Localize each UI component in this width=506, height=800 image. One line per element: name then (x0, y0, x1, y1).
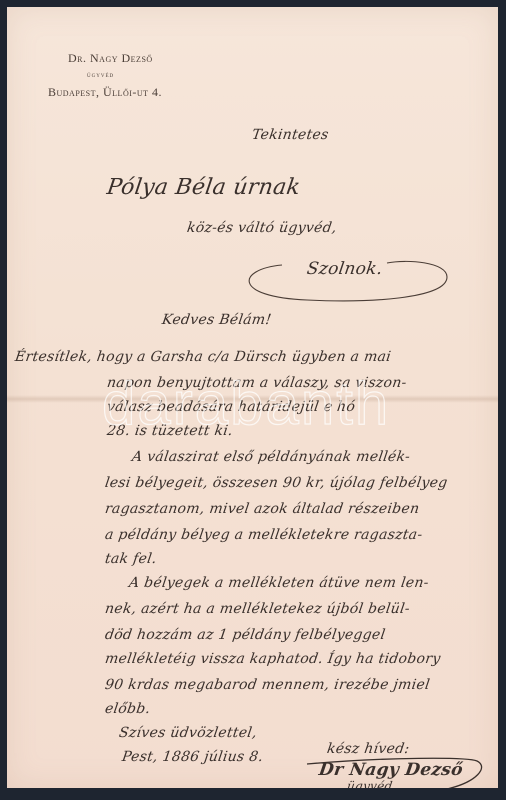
body-line: Értesítlek, hogy a Garsha c/a Dürsch ügy… (14, 349, 392, 365)
body-line: tak fel. (104, 551, 158, 567)
body-line: mellékletéig vissza kaphatod. Így ha tid… (104, 651, 442, 667)
signature-regards: kész híved: (326, 741, 411, 757)
watermark: darabanth (102, 369, 390, 438)
body-line: A bélyegek a mellékleten átüve nem len- (128, 575, 430, 591)
greeting: Kedves Bélám! (161, 312, 273, 328)
body-line: A válaszirat első példányának mellék- (131, 449, 411, 465)
signature-title: ügyvéd (346, 779, 394, 788)
letter-paper: Dr. Nagy Dezső ügyvéd Budapest, Üllői-ut… (7, 7, 498, 788)
body-line: előbb. (104, 701, 152, 717)
date-line: Pest, 1886 július 8. (121, 749, 264, 765)
body-line: 90 krdas megabarod mennem, irezébe jmiel (104, 677, 431, 693)
body-line: a példány bélyeg a mellékletekre ragaszt… (104, 527, 424, 543)
body-line: lesi bélyegeit, összesen 90 kr, újólag f… (104, 475, 449, 491)
closing: Szíves üdvözlettel, (118, 725, 258, 741)
body-line: död hozzám az 1 példány felbélyeggel (104, 627, 387, 643)
signature-name: Dr Nagy Dezső (318, 760, 465, 780)
body-line: nek, azért ha a mellékletekez újból belü… (104, 601, 411, 617)
body-line: ragasztanom, mivel azok általad részeibe… (104, 501, 421, 517)
